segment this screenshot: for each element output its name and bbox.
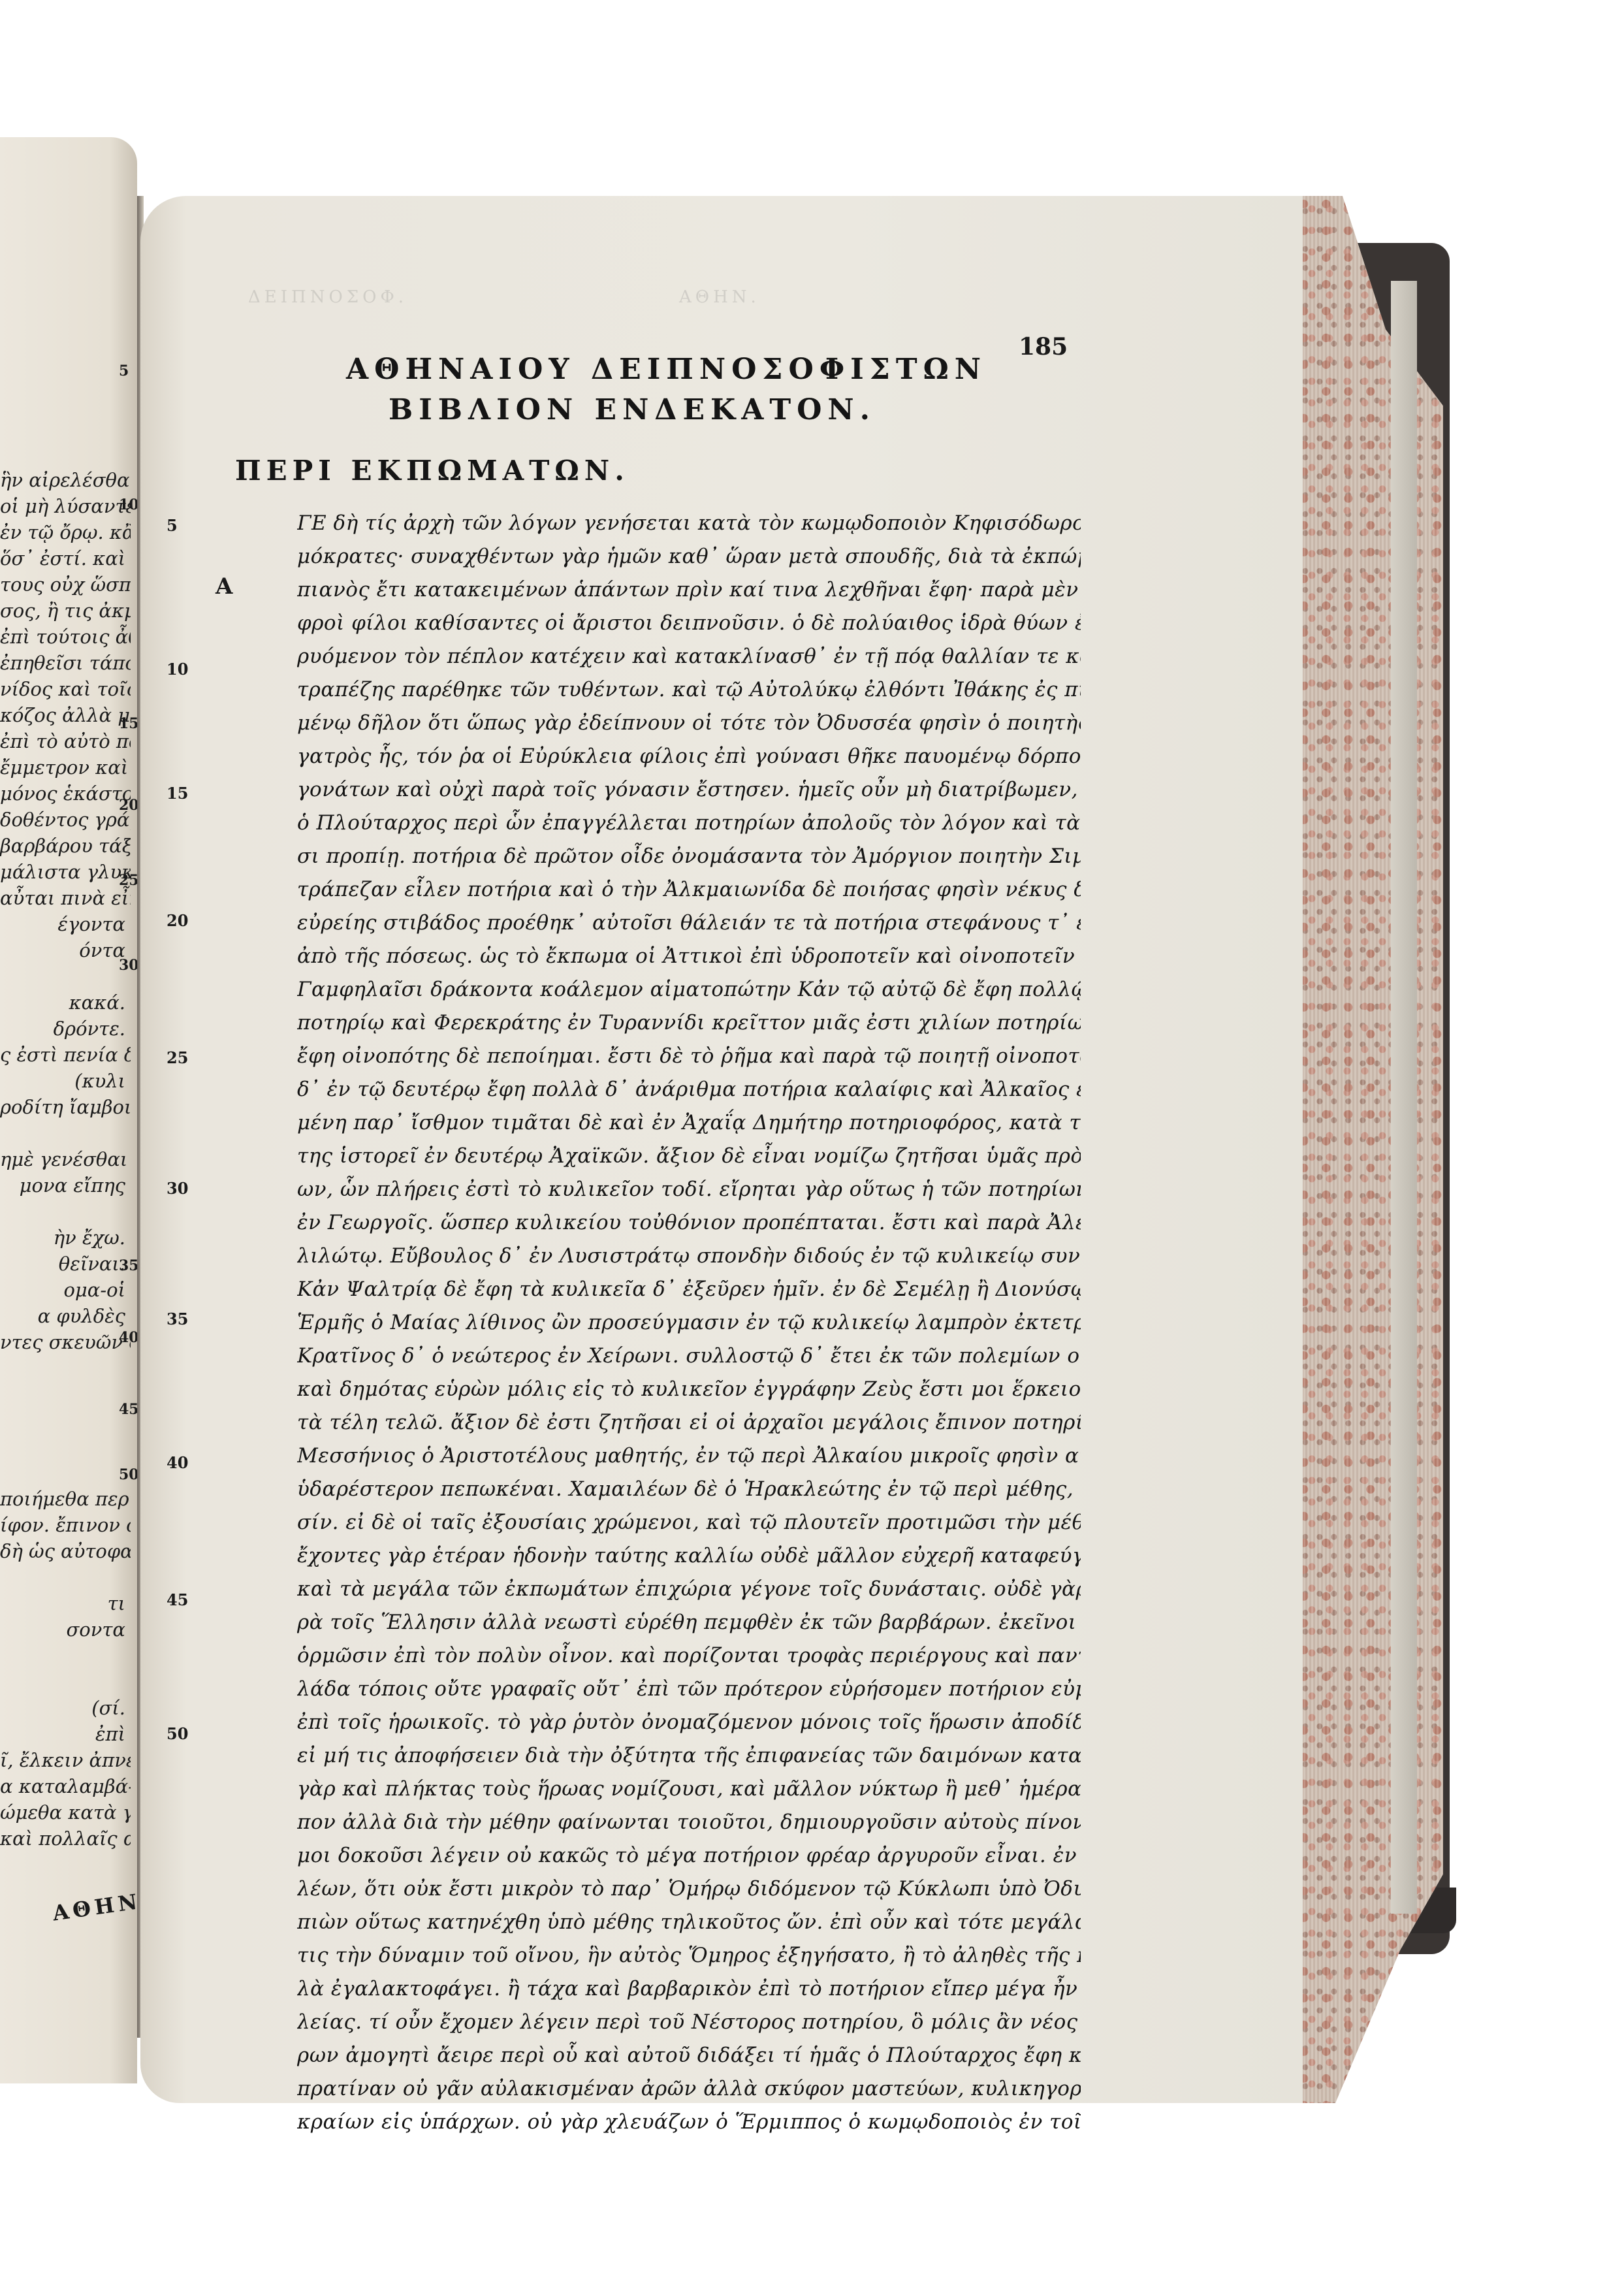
line-number: 20 [167, 911, 188, 930]
left-text-line: ὅσ᾽ ἐστί. καὶ οἱ πα- [0, 545, 131, 571]
text-line: ποτηρίῳ καὶ Φερεκράτης ἐν Τυραννίδι κρεῖ… [297, 1006, 1081, 1040]
text-line: εἰ μή τις ἀποφήσειεν διὰ τὴν ὀξύτητα τῆς… [297, 1739, 1081, 1773]
text-line: φροὶ φίλοι καθίσαντες οἱ ἄριστοι δειπνοῦ… [297, 607, 1081, 640]
left-text-line: μόνος ἑκάστου λέ [0, 780, 131, 807]
left-text-line: σοντα [0, 1616, 131, 1643]
text-line: λείας. τί οὖν ἔχομεν λέγειν περὶ τοῦ Νέσ… [297, 2006, 1081, 2039]
text-line: ρὰ τοῖς Ἕλλησιν ἀλλὰ νεωστὶ εὑρέθη πεμφθ… [297, 1606, 1081, 1639]
left-text-line: ἔμμετρον καὶ ἴσα [0, 754, 131, 780]
text-line: πρατίναν οὐ γᾶν αὐλακισμέναν ἀρῶν ἀλλὰ σ… [297, 2072, 1081, 2106]
left-text-line: σος, ἢ τις ἀκμαιό- [0, 598, 131, 624]
left-text-line: κόζος ἀλλὰ μᾶλ- [0, 702, 131, 728]
text-line: γατρὸς ἧς, τόν ῥα οἱ Εὐρύκλεια φίλοις ἐπ… [297, 740, 1081, 773]
text-line: ἐν Γεωργοῖς. ὥσπερ κυλικείου τοὐθόνιον π… [297, 1206, 1081, 1240]
text-line: καὶ δημότας εὑρὼν μόλις εἰς τὸ κυλικεῖον… [297, 1373, 1081, 1406]
text-line: πον ἀλλὰ διὰ τὴν μέθην φαίνωνται τοιοῦτο… [297, 1806, 1081, 1839]
left-line-number: 20 [119, 797, 137, 814]
text-line: γονάτων καὶ οὐχὶ παρὰ τοῖς γόνασιν ἔστησ… [297, 773, 1081, 807]
book-subtitle: ΒΙΒΛΙΟΝ ΕΝΔΕΚΑΤΟΝ. [389, 393, 876, 426]
left-text-line: ώμεθα κατὰ γῆ [0, 1799, 131, 1825]
left-text-line [0, 1564, 131, 1590]
text-line: ἐπὶ τοῖς ἡρωικοῖς. τὸ γὰρ ῥυτὸν ὀνομαζόμ… [297, 1706, 1081, 1739]
left-text-line: ἐπηθεῖσι τάπου [0, 650, 131, 676]
left-text-line: ἐπὶ τὸ αὐτὸ ποιῆ [0, 728, 131, 754]
book-title: ΑΘΗΝΑΙΟΥ ΔΕΙΠΝΟΣΟΦΙΣΤΩΝ [346, 353, 987, 386]
line-number: 5 [167, 516, 178, 535]
left-text-line: ποιήμεθα περὶ [0, 1486, 131, 1512]
left-line-number: 45 [119, 1401, 137, 1418]
left-text-line: ροδίτη ἴαμβοι [0, 1094, 131, 1120]
line-number: 15 [167, 784, 188, 803]
endpaper-edge [1391, 281, 1417, 1914]
left-text-line [0, 1381, 131, 1407]
section-heading: ΠΕΡΙ ΕΚΠΩΜΑΤΩΝ. [235, 455, 629, 487]
left-text-line: βαρβάρου τάξεις [0, 833, 131, 859]
fore-edge-sprinkled [1299, 196, 1443, 2103]
text-line: ἔφη οἰνοπότης δὲ πεποίημαι. ἔστι δὲ τὸ ῥ… [297, 1040, 1081, 1073]
left-text-line: ντες σκευῶν ὀνό- [0, 1329, 131, 1355]
left-text-line [0, 1198, 131, 1225]
text-line: κραίων εἰς ὑπάρχων. οὐ γὰρ χλευάζων ὁ Ἕρ… [297, 2106, 1081, 2139]
left-text-line: ς ἐστὶ πενία διδ- [0, 1042, 131, 1068]
text-line: τις τὴν δύναμιν τοῦ οἴνου, ἣν αὐτὸς Ὅμηρ… [297, 1939, 1081, 1972]
left-text-line [0, 1407, 131, 1434]
left-text-line: νίδος καὶ τοῖς αὐ [0, 676, 131, 702]
left-line-number: 25 [119, 872, 137, 889]
left-text-line: (σί. [0, 1695, 131, 1721]
text-line: εὐρείης στιβάδος προέθηκ᾽ αὐτοῖσι θάλειά… [297, 907, 1081, 940]
left-line-number: 30 [119, 957, 137, 974]
left-line-number: 50 [119, 1466, 137, 1483]
text-line: ὑδαρέστερον πεπωκέναι. Χαμαιλέων δὲ ὁ Ἡρ… [297, 1473, 1081, 1506]
text-line: ὁρμῶσιν ἐπὶ τὸν πολὺν οἶνον. καὶ πορίζον… [297, 1639, 1081, 1673]
left-text-line: ἣν αἰρελέσθαι [0, 467, 131, 493]
left-text-line: θεῖναι. [0, 1251, 131, 1277]
left-text-line: (κυλι [0, 1068, 131, 1094]
left-text-line: δοθέντος γράμμα [0, 807, 131, 833]
left-text-line: κακά. [0, 989, 131, 1016]
text-line: πιὼν οὕτως κατηνέχθη ὑπὸ μέθης τηλικοῦτο… [297, 1906, 1081, 1939]
left-line-number: 10 [119, 496, 137, 513]
text-line: σίν. εἰ δὲ οἱ ταῖς ἐξουσίαις χρώμενοι, κ… [297, 1506, 1081, 1539]
text-line: ΓΕ δὴ τίς ἀρχὴ τῶν λόγων γενήσεται κατὰ … [297, 507, 1081, 540]
left-page: ἣν αἰρελέσθαιοἱ μὴ λύσαντες τὸἐν τῷ ὄρῳ.… [0, 137, 137, 2083]
page-number: 185 [1019, 333, 1068, 361]
left-text-line [0, 1120, 131, 1146]
text-line: της ἱστορεῖ ἐν δευτέρῳ Ἀχαϊκῶν. ἄξιον δὲ… [297, 1140, 1081, 1173]
left-text-line: τι [0, 1590, 131, 1616]
text-line: καὶ τὰ μεγάλα τῶν ἐκπωμάτων ἐπιχώρια γέγ… [297, 1573, 1081, 1606]
left-text-line [0, 1355, 131, 1381]
text-line: Μεσσήνιος ὁ Ἀριστοτέλους μαθητής, ἐν τῷ … [297, 1439, 1081, 1473]
left-text-line: ημὲ γενέσθαι [0, 1146, 131, 1172]
text-line: ρυόμενον τὸν πέπλον κατέχειν καὶ κατακλί… [297, 640, 1081, 673]
left-text-line: όντα [0, 937, 131, 963]
text-line: μένη παρ᾽ ἴσθμον τιμᾶται δὲ καὶ ἐν Ἀχαΐᾳ… [297, 1106, 1081, 1140]
show-through-running-head-right: ΑΘΗΝ. [679, 287, 760, 307]
left-text-line: ομα-οἱ [0, 1277, 131, 1303]
left-line-number: 40 [119, 1329, 137, 1346]
text-line: τράπεζαν εἷλεν ποτήρια καὶ ὁ τὴν Ἀλκμαιω… [297, 873, 1081, 907]
left-text-line: καὶ πολλαῖς αὐ [0, 1825, 131, 1852]
margin-letter-mark: A [215, 573, 232, 600]
text-line: Κἀν Ψαλτρίᾳ δὲ ἔφη τὰ κυλικεῖα δ᾽ ἐξεῦρε… [297, 1273, 1081, 1306]
left-text-line: αὖται πινὰ εἶναι [0, 885, 131, 911]
text-line: τραπέζης παρέθηκε τῶν τυθέντων. καὶ τῷ Α… [297, 673, 1081, 707]
main-text-block: ΓΕ δὴ τίς ἀρχὴ τῶν λόγων γενήσεται κατὰ … [297, 507, 1081, 2139]
left-text-line: ἐπὶ [0, 1721, 131, 1747]
left-text-line [0, 1460, 131, 1486]
left-line-number: 15 [119, 715, 137, 732]
text-line: Γαμφηλαῖσι δράκοντα κοάλεμον αἱματοπώτην… [297, 973, 1081, 1006]
left-line-number: 5 [119, 362, 129, 379]
left-text-line: οἱ μὴ λύσαντες τὸ [0, 493, 131, 519]
text-line: Ἑρμῆς ὁ Μαίας λίθινος ὢν προσεύγμασιν ἐν… [297, 1306, 1081, 1340]
text-line: μένῳ δῆλον ὅτι ὥπως γὰρ ἐδείπνουν οἱ τότ… [297, 707, 1081, 740]
left-text-line: α φυλδὲς [0, 1303, 131, 1329]
line-number: 50 [167, 1724, 188, 1743]
line-number: 35 [167, 1310, 188, 1328]
left-text-line [0, 1643, 131, 1669]
left-text-line: έγοντα [0, 911, 131, 937]
line-number: 30 [167, 1179, 188, 1198]
show-through-running-head-left: ΔΕΙΠΝΟΣΟΦ. [248, 287, 407, 307]
line-number: 45 [167, 1590, 188, 1609]
text-line: λιλώτῳ. Εὔβουλος δ᾽ ἐν Λυσιστράτῳ σπονδὴ… [297, 1240, 1081, 1273]
left-text-line: ὴν ἔχω. [0, 1225, 131, 1251]
text-line: λὰ ἐγαλακτοφάγει. ἢ τάχα καὶ βαρβαρικὸν … [297, 1972, 1081, 2006]
left-text-line [0, 963, 131, 989]
left-text-line [0, 1434, 131, 1460]
text-line: ἀπὸ τῆς πόσεως. ὡς τὸ ἔκπωμα οἱ Ἀττικοὶ … [297, 940, 1081, 973]
text-line: Κρατῖνος δ᾽ ὁ νεώτερος ἐν Χείρωνι. συλλο… [297, 1340, 1081, 1373]
left-text-line [0, 1669, 131, 1695]
left-text-line: ίφον. ἔπινον οὐ- [0, 1512, 131, 1538]
text-line: μόκρατες· συναχθέντων γὰρ ἡμῶν καθ᾽ ὥραν… [297, 540, 1081, 573]
left-text-line: δὴ ὡς αὐτοφανής [0, 1538, 131, 1564]
left-page-text: ἣν αἰρελέσθαιοἱ μὴ λύσαντες τὸἐν τῷ ὄρῳ.… [0, 467, 131, 1852]
left-text-line: ἐν τῷ ὄρῳ. κἂν φ [0, 519, 131, 545]
left-text-line: τους οὐχ ὥσπερ οἱ [0, 571, 131, 598]
left-line-number: 35 [119, 1257, 137, 1274]
text-line: ρων ἀμογητὶ ἄειρε περὶ οὗ καὶ αὐτοῦ διδά… [297, 2039, 1081, 2072]
text-line: λέων, ὅτι οὐκ ἔστι μικρὸν τὸ παρ᾽ Ὁμήρῳ … [297, 1872, 1081, 1906]
text-line: γὰρ καὶ πλήκτας τοὺς ἥρωας νομίζουσι, κα… [297, 1773, 1081, 1806]
text-line: ἔχοντες γὰρ ἑτέραν ἡδονὴν ταύτης καλλίω … [297, 1539, 1081, 1573]
text-line: τὰ τέλη τελῶ. ἄξιον δὲ ἐστι ζητῆσαι εἰ ο… [297, 1406, 1081, 1439]
left-text-line: α καταλαμβά- [0, 1773, 131, 1799]
text-line: ων, ὧν πλήρεις ἐστὶ τὸ κυλικεῖον τοδί. ε… [297, 1173, 1081, 1206]
text-line: λάδα τόποις οὔτε γραφαῖς οὔτ᾽ ἐπὶ τῶν πρ… [297, 1673, 1081, 1706]
text-line: μοι δοκοῦσι λέγειν οὐ κακῶς τὸ μέγα ποτή… [297, 1839, 1081, 1872]
left-text-line: ἐπὶ τούτοις ἆθλα [0, 624, 131, 650]
line-number: 40 [167, 1453, 188, 1472]
text-line: πιανὸς ἔτι κατακειμένων ἁπάντων πρὶν καί… [297, 573, 1081, 607]
text-line: σι προπίῃ. ποτήρια δὲ πρῶτον οἶδε ὀνομάσ… [297, 840, 1081, 873]
left-text-line: δρόντε. [0, 1016, 131, 1042]
line-number: 25 [167, 1048, 188, 1067]
left-text-line: μάλιστα γλυκαίνε [0, 859, 131, 885]
left-text-line: μονα εἴπης [0, 1172, 131, 1198]
text-line: ὁ Πλούταρχος περὶ ὧν ἐπαγγέλλεται ποτηρί… [297, 807, 1081, 840]
left-text-line: ῖ, ἔλκειν ἀπνευ- [0, 1747, 131, 1773]
text-line: δ᾽ ἐν τῷ δευτέρῳ ἔφη πολλὰ δ᾽ ἀνάριθμα π… [297, 1073, 1081, 1106]
line-number: 10 [167, 660, 188, 679]
